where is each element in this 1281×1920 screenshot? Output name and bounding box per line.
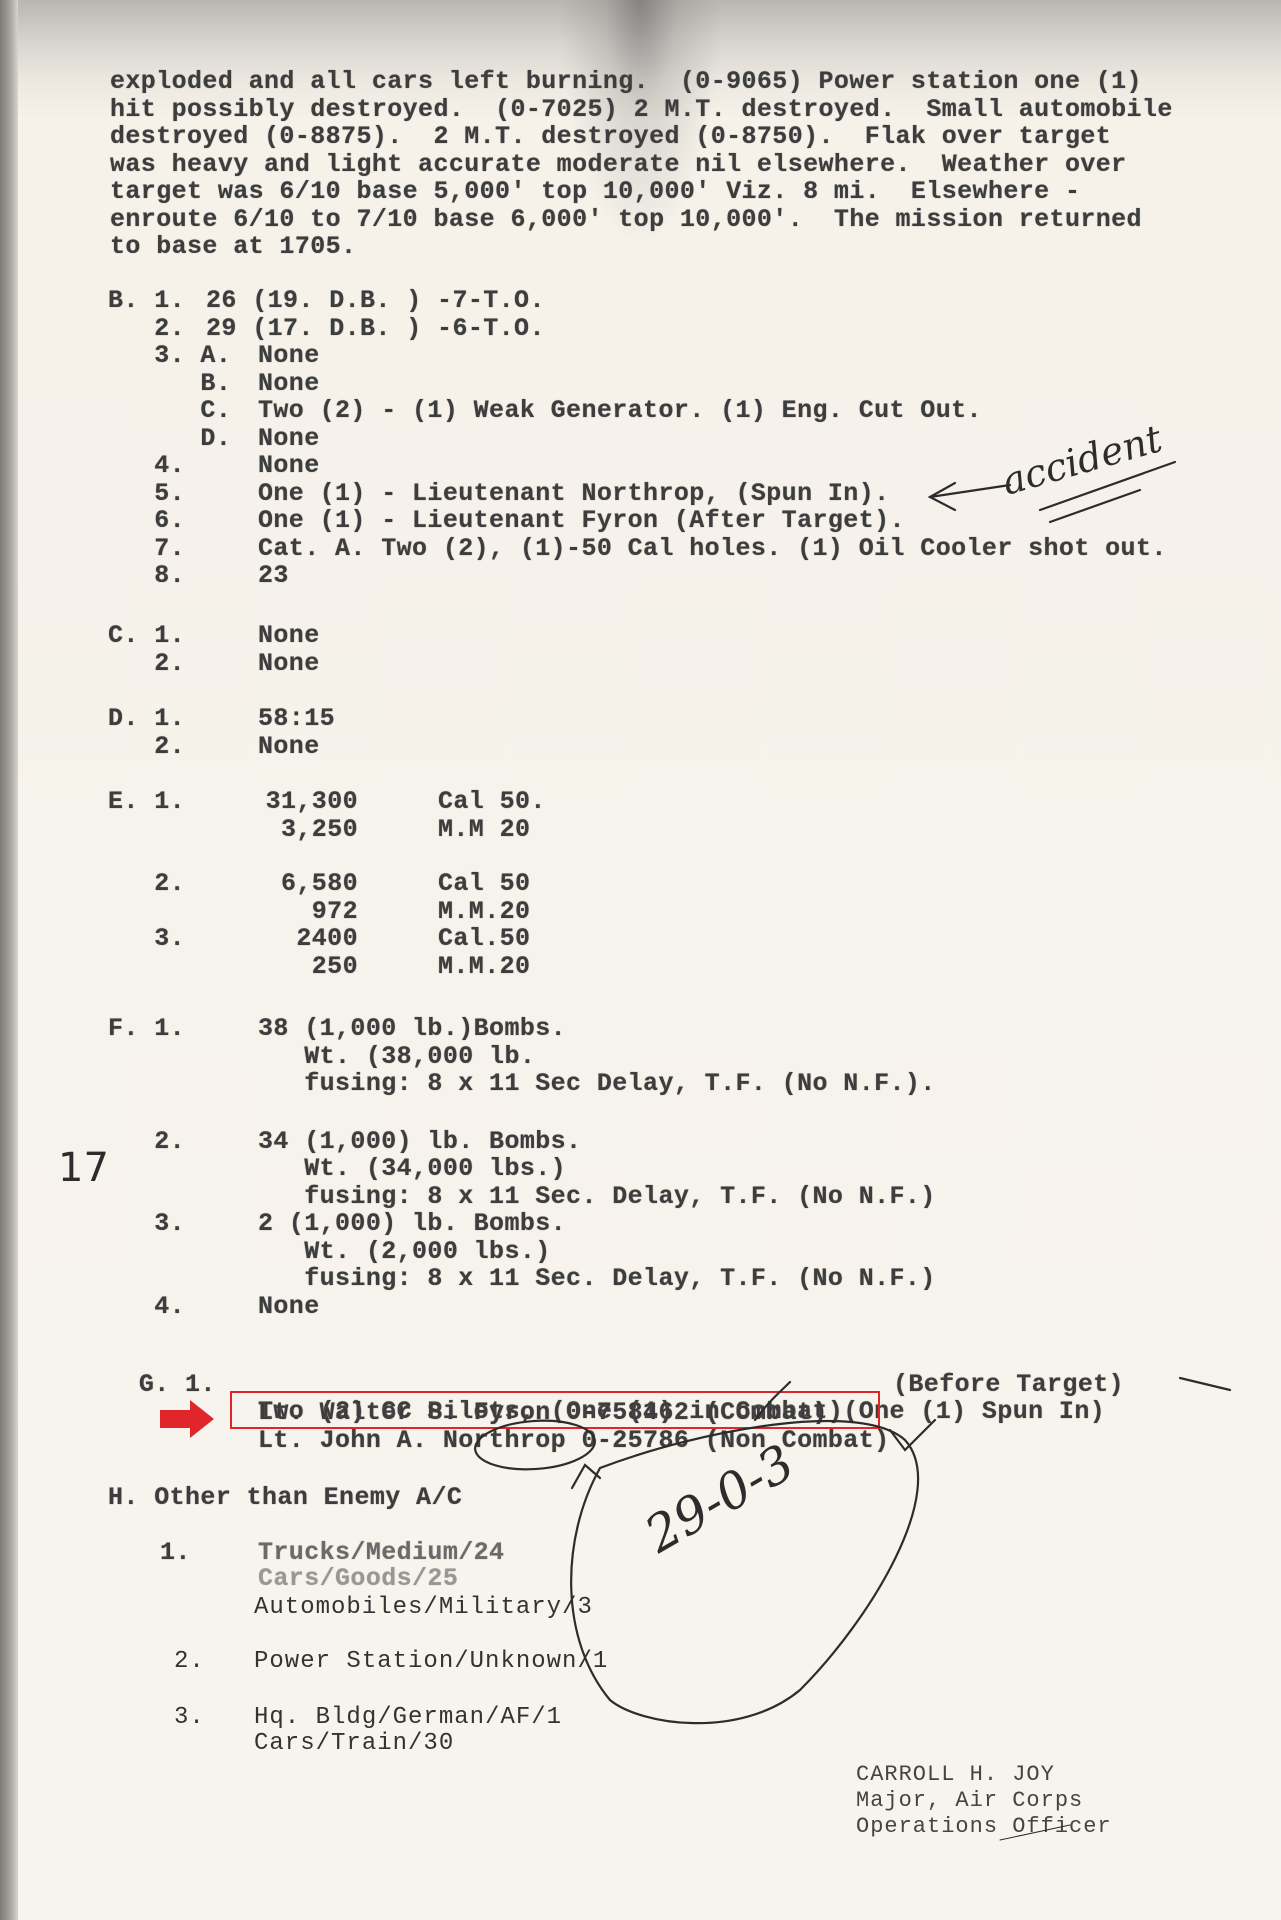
pen-marks	[0, 0, 1281, 1920]
